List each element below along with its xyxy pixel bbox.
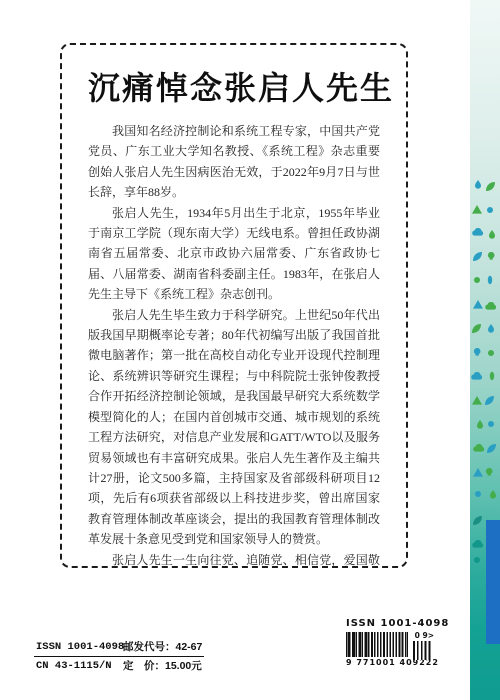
dot-icon	[475, 491, 481, 497]
memorial-notice-frame: 沉痛悼念张启人先生 我国知名经济控制论和系统工程专家，中国共产党党员、广东工业大…	[60, 43, 408, 568]
memorial-paragraph-2: 张启人先生，1934年5月出生于北京，1955年毕业于南京工学院（现东南大学）无…	[88, 203, 380, 305]
publication-id-block: ISSN 1001-4098 CN 43-1115/N	[34, 641, 126, 672]
recycle-icon	[473, 468, 483, 477]
dot-icon	[487, 207, 493, 213]
barcode-block: ISSN 1001-4098 9 771001 409222 0 9>	[346, 618, 438, 667]
dot-icon	[488, 350, 494, 356]
cloud-icon	[472, 540, 483, 548]
issn-number: ISSN 1001-4098	[34, 641, 126, 657]
drop-icon	[475, 180, 481, 189]
leaf-icon	[473, 252, 482, 261]
leaf-icon	[486, 182, 495, 191]
memorial-paragraph-1: 我国知名经济控制论和系统工程专家，中国共产党党员、广东工业大学知名教授、《系统工…	[88, 121, 380, 203]
blue-accent-band	[486, 520, 500, 644]
bulb-icon	[488, 252, 495, 260]
cn-number: CN 43-1115/N	[34, 657, 126, 672]
memorial-paragraph-3: 张启人先生毕生致力于科学研究。上世纪50年代出版我国早期概率论专著；80年代初编…	[88, 305, 380, 550]
cloud-icon	[485, 302, 496, 310]
price: 定 价：15.00元	[121, 657, 204, 672]
memorial-title: 沉痛悼念张启人先生	[88, 63, 380, 109]
barcode-issn-label: ISSN 1001-4098	[346, 618, 438, 629]
leaf-icon	[485, 396, 494, 405]
barcode-addon-label: 0 9>	[413, 632, 434, 640]
postal-price-block: 邮发代号：42-67 定 价：15.00元	[121, 641, 204, 672]
memorial-paragraph-4: 张启人先生一生向往党、追随党、相信党，爱国敬业，忠诚党的科研与教育事业，为我国系…	[88, 550, 380, 568]
recycle-icon	[472, 396, 482, 405]
drop-icon	[488, 324, 494, 333]
leaf-icon	[473, 516, 482, 525]
recycle-icon	[472, 205, 482, 214]
dot-icon	[488, 421, 494, 427]
bulb-icon	[486, 468, 493, 476]
recycle-icon	[473, 300, 483, 309]
postal-code: 邮发代号：42-67	[121, 641, 204, 657]
bulb-icon	[474, 348, 481, 356]
leaf-icon	[490, 372, 494, 380]
drop-icon	[477, 420, 483, 429]
drop-icon	[490, 490, 496, 499]
barcode-bars	[346, 632, 408, 657]
barcode-digits: 9 771001 409222	[346, 658, 408, 667]
cloud-icon	[471, 372, 482, 380]
cloud-icon	[473, 444, 484, 452]
drop-icon	[489, 230, 495, 239]
journal-back-page: { "memorial": { "title": "沉痛悼念张启人先生", "p…	[0, 0, 500, 700]
leaf-icon	[487, 444, 496, 453]
dot-icon	[474, 557, 480, 563]
dot-icon	[474, 277, 480, 283]
leaf-icon	[488, 276, 492, 284]
leaf-icon	[472, 324, 481, 333]
eco-side-strip	[470, 0, 500, 700]
eco-pattern-icons	[470, 172, 500, 564]
cloud-icon	[472, 228, 483, 236]
barcode-addon-bars	[413, 641, 432, 660]
